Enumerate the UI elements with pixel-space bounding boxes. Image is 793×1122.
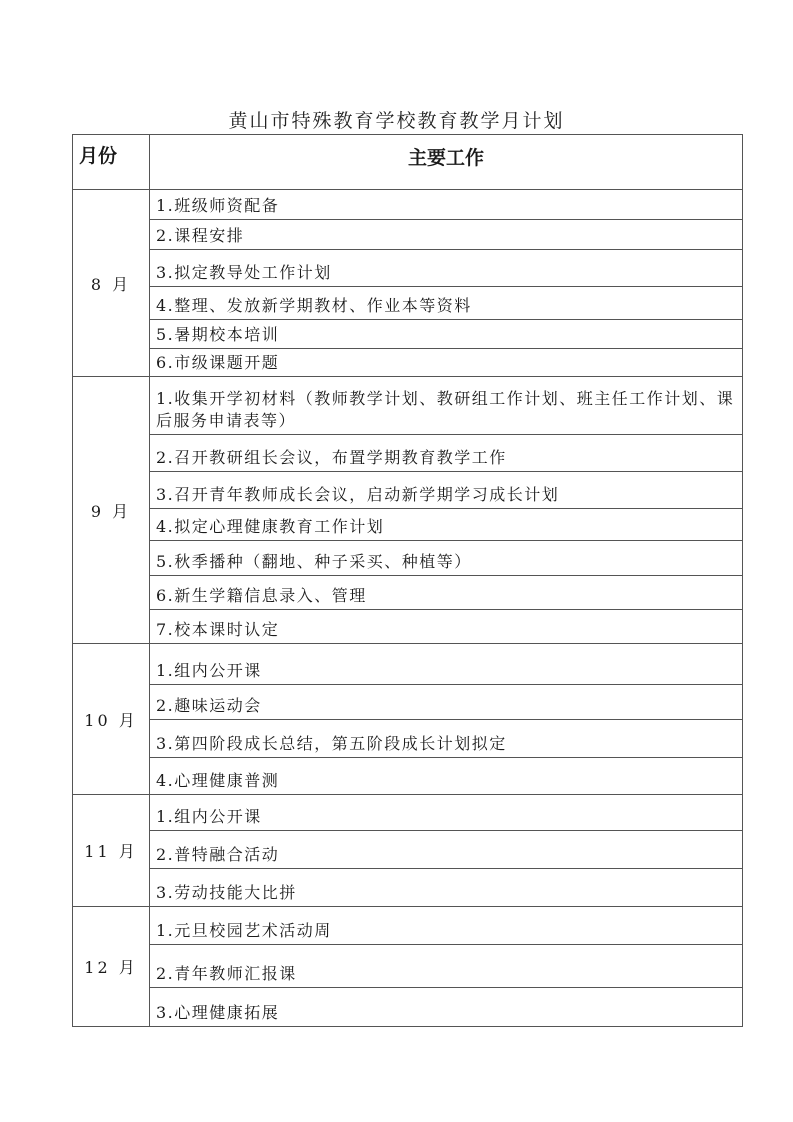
work-item: 3.召开青年教师成长会议，启动新学期学习成长计划 — [150, 472, 743, 509]
work-item: 6.新生学籍信息录入、管理 — [150, 576, 743, 610]
table-row: 4.整理、发放新学期教材、作业本等资料 — [73, 287, 743, 320]
month-cell-sep: 9 月 — [73, 377, 150, 644]
work-item: 4.拟定心理健康教育工作计划 — [150, 509, 743, 541]
month-cell-dec: 12 月 — [73, 907, 150, 1027]
table-row: 3.拟定教导处工作计划 — [73, 250, 743, 287]
header-month: 月份 — [73, 135, 150, 190]
work-item: 7.校本课时认定 — [150, 610, 743, 644]
work-item: 2.青年教师汇报课 — [150, 945, 743, 988]
table-row: 11 月 1.组内公开课 — [73, 795, 743, 831]
table-row: 2.普特融合活动 — [73, 831, 743, 869]
table-row: 6.市级课题开题 — [73, 349, 743, 377]
table-row: 5.秋季播种（翻地、种子采买、种植等） — [73, 541, 743, 576]
work-item: 1.组内公开课 — [150, 644, 743, 685]
table-row: 9 月 1.收集开学初材料（教师教学计划、教研组工作计划、班主任工作计划、课后服… — [73, 377, 743, 435]
table-row: 7.校本课时认定 — [73, 610, 743, 644]
work-item: 2.趣味运动会 — [150, 685, 743, 720]
document-title: 黄山市特殊教育学校教育教学月计划 — [0, 106, 793, 133]
table-row: 6.新生学籍信息录入、管理 — [73, 576, 743, 610]
table-row: 12 月 1.元旦校园艺术活动周 — [73, 907, 743, 945]
month-cell-oct: 10 月 — [73, 644, 150, 795]
monthly-plan-table: 月份 主要工作 8 月 1.班级师资配备 2.课程安排 3.拟定教导处工作计划 … — [72, 134, 743, 1027]
header-main-work: 主要工作 — [150, 135, 743, 190]
month-cell-nov: 11 月 — [73, 795, 150, 907]
table-row: 2.召开教研组长会议，布置学期教育教学工作 — [73, 435, 743, 472]
table-row: 2.青年教师汇报课 — [73, 945, 743, 988]
work-item: 4.整理、发放新学期教材、作业本等资料 — [150, 287, 743, 320]
work-item: 1.组内公开课 — [150, 795, 743, 831]
work-item: 3.拟定教导处工作计划 — [150, 250, 743, 287]
work-item: 4.心理健康普测 — [150, 758, 743, 795]
work-item: 3.第四阶段成长总结，第五阶段成长计划拟定 — [150, 720, 743, 758]
table-row: 3.心理健康拓展 — [73, 988, 743, 1027]
work-item: 2.召开教研组长会议，布置学期教育教学工作 — [150, 435, 743, 472]
work-item: 2.普特融合活动 — [150, 831, 743, 869]
table-row: 2.课程安排 — [73, 220, 743, 250]
month-cell-aug: 8 月 — [73, 190, 150, 377]
table-row: 4.心理健康普测 — [73, 758, 743, 795]
table-row: 3.第四阶段成长总结，第五阶段成长计划拟定 — [73, 720, 743, 758]
work-item: 5.秋季播种（翻地、种子采买、种植等） — [150, 541, 743, 576]
work-item: 2.课程安排 — [150, 220, 743, 250]
work-item: 5.暑期校本培训 — [150, 320, 743, 349]
table-row: 2.趣味运动会 — [73, 685, 743, 720]
work-item: 6.市级课题开题 — [150, 349, 743, 377]
work-item: 1.元旦校园艺术活动周 — [150, 907, 743, 945]
work-item: 3.劳动技能大比拼 — [150, 869, 743, 907]
work-item: 1.班级师资配备 — [150, 190, 743, 220]
table-row: 3.召开青年教师成长会议，启动新学期学习成长计划 — [73, 472, 743, 509]
work-item: 1.收集开学初材料（教师教学计划、教研组工作计划、班主任工作计划、课后服务申请表… — [150, 377, 743, 435]
table-row: 4.拟定心理健康教育工作计划 — [73, 509, 743, 541]
work-item: 3.心理健康拓展 — [150, 988, 743, 1027]
table-row: 3.劳动技能大比拼 — [73, 869, 743, 907]
table-row: 5.暑期校本培训 — [73, 320, 743, 349]
table-row: 8 月 1.班级师资配备 — [73, 190, 743, 220]
table-header-row: 月份 主要工作 — [73, 135, 743, 190]
table-row: 10 月 1.组内公开课 — [73, 644, 743, 685]
